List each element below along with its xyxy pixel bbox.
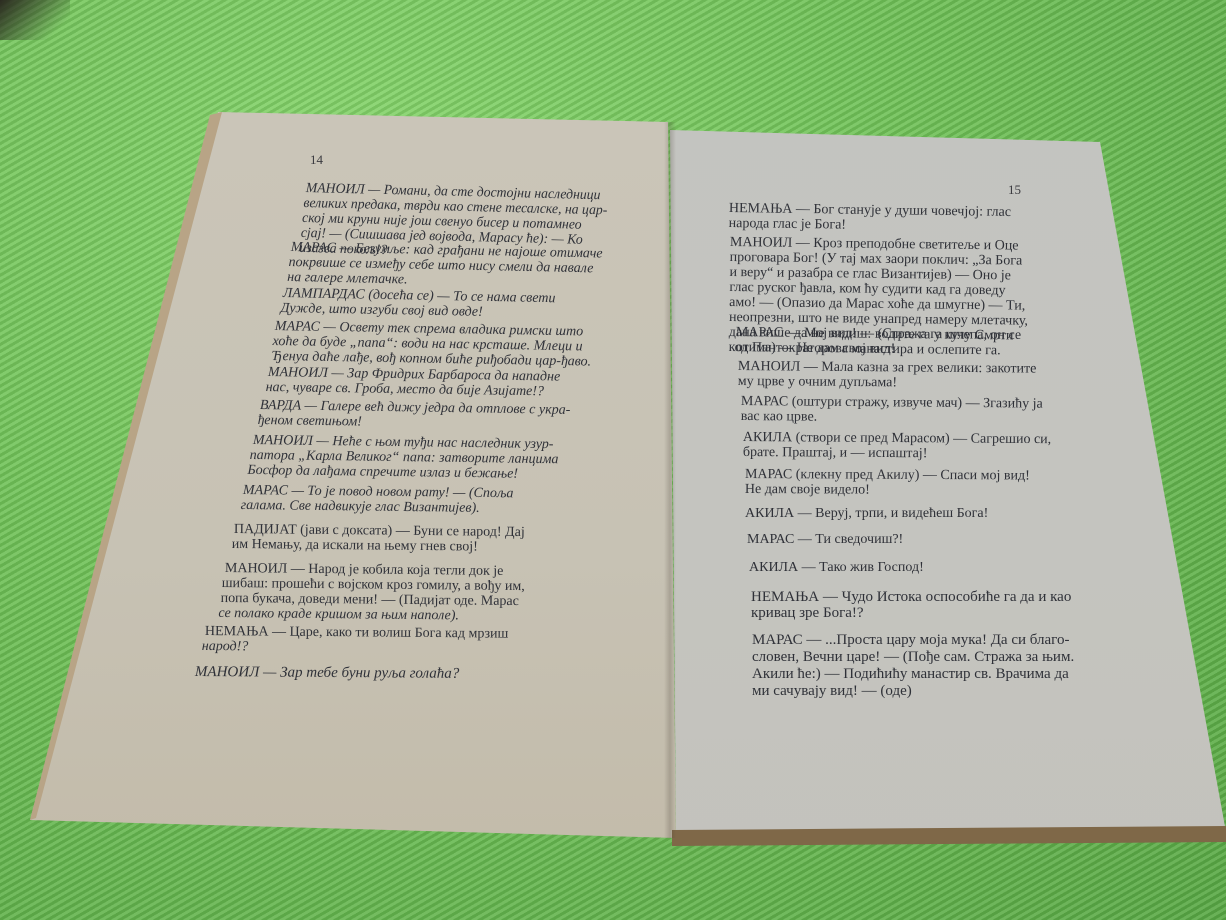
text-line: НЕМАЊА — Царе, како ти волиш Бога кад мр…	[205, 624, 509, 642]
dialogue-entry: МАРАС — Освету тек спрема владика римски…	[274, 319, 592, 370]
text-line: галама. Све надвикује глас Византијев).	[241, 498, 514, 516]
text-line: кривац зре Бога!?	[751, 605, 1071, 621]
text-line: АКИЛА — Тако жив Господ!	[749, 560, 924, 575]
dialogue-entry: МАНОИЛ — Мала казна за грех велики: зако…	[738, 359, 1037, 392]
text-line: МАРАС — ...Проста цару моја мука! Да си …	[752, 632, 1074, 649]
dialogue-entry: МАРАС (оштури стражу, извуче мач) — Згаз…	[741, 394, 1043, 427]
dialogue-entry: МАНОИЛ — Неће с њом туђи нас наследник у…	[252, 433, 558, 482]
text-line: нас, чуваре св. Гроба, место да бије Ази…	[266, 380, 561, 400]
text-line: Босфор да лађама спречите излаз и бежање…	[247, 463, 558, 482]
right-page-number: 15	[1008, 182, 1021, 197]
text-line: МАРАС (клекну пред Акилу) — Спаси мој ви…	[745, 467, 1030, 483]
dialogue-entry: ЛАМПАРДАС (досећа се) — То се нама свети…	[282, 286, 555, 321]
left-page-number: 14	[310, 152, 323, 167]
text-line: НЕМАЊА — Чудо Истока оспособиће га да и …	[751, 589, 1071, 605]
text-line: брате. Праштај, и — испаштај!	[743, 445, 1051, 462]
dialogue-entry: МАНОИЛ — Зар тебе буни руља голаћа?	[195, 665, 459, 682]
text-line: МАРАС — Ти сведочиш?!	[747, 532, 903, 547]
text-line: отима) — Не дам свој вид!	[736, 340, 1021, 358]
dialogue-entry: МАНОИЛ — Зар Фридрих Барбароса да нападн…	[268, 365, 561, 400]
dialogue-entry: НЕМАЊА — Царе, како ти волиш Бога кад мр…	[205, 624, 509, 657]
book-text: 14 15 МАНОИЛ — Романи, да сте достојни н…	[0, 0, 1226, 920]
dialogue-entry: ВАРДА — Галере већ дижу једра да отплове…	[260, 398, 571, 433]
dialogue-entry: НЕМАЊА — Чудо Истока оспособиће га да и …	[751, 589, 1071, 621]
dialogue-entry: МАРАС — Ти сведочиш?!	[747, 532, 903, 547]
text-line: народ!?	[202, 639, 509, 657]
text-line: АКИЛА — Веруј, трпи, и видећеш Бога!	[745, 506, 988, 521]
text-line: вас као црве.	[741, 409, 1043, 427]
text-line: им Немању, да искали на њему гнев свој!	[232, 537, 525, 555]
dialogue-entry: АКИЛА (створи се пред Марасом) — Сагреши…	[743, 430, 1051, 462]
dialogue-entry: МАРАС — ...Проста цару моја мука! Да си …	[752, 632, 1074, 700]
dialogue-entry: МАРАС — То је повод новом рату! — (Спољa…	[243, 483, 514, 516]
dialogue-entry: МАРАС — Безумље: кад грађани не најоше о…	[290, 240, 603, 292]
dialogue-entry: ПАДИЈАТ (јави с доксата) — Буни се народ…	[234, 522, 525, 555]
text-line: ми сачувају вид! — (оде)	[752, 683, 1074, 700]
dialogue-entry: МАРАС (клекну пред Акилу) — Спаси мој ви…	[745, 467, 1030, 498]
text-line: словен, Вечни царе! — (Пође сам. Стража …	[752, 649, 1074, 666]
dialogue-entry: АКИЛА — Веруј, трпи, и видећеш Бога!	[745, 506, 988, 521]
text-line: МАНОИЛ — Зар тебе буни руља голаћа?	[195, 665, 459, 682]
dialogue-entry: НЕМАЊА — Бог станује у души човечјој: гл…	[729, 201, 1012, 235]
text-line: Акили ће:) — Подићићу манастир св. Врачи…	[752, 666, 1074, 683]
text-line: му црве у очним дупљама!	[738, 374, 1037, 392]
text-line: Не дам своје видело!	[745, 482, 1030, 498]
dialogue-entry: МАНОИЛ — Народ је кобила која тегли док …	[224, 561, 525, 624]
dialogue-entry: МАРАС — Мој вид! — (Стража га шчепа, он …	[736, 325, 1021, 358]
dialogue-entry: АКИЛА — Тако жив Господ!	[749, 560, 924, 575]
